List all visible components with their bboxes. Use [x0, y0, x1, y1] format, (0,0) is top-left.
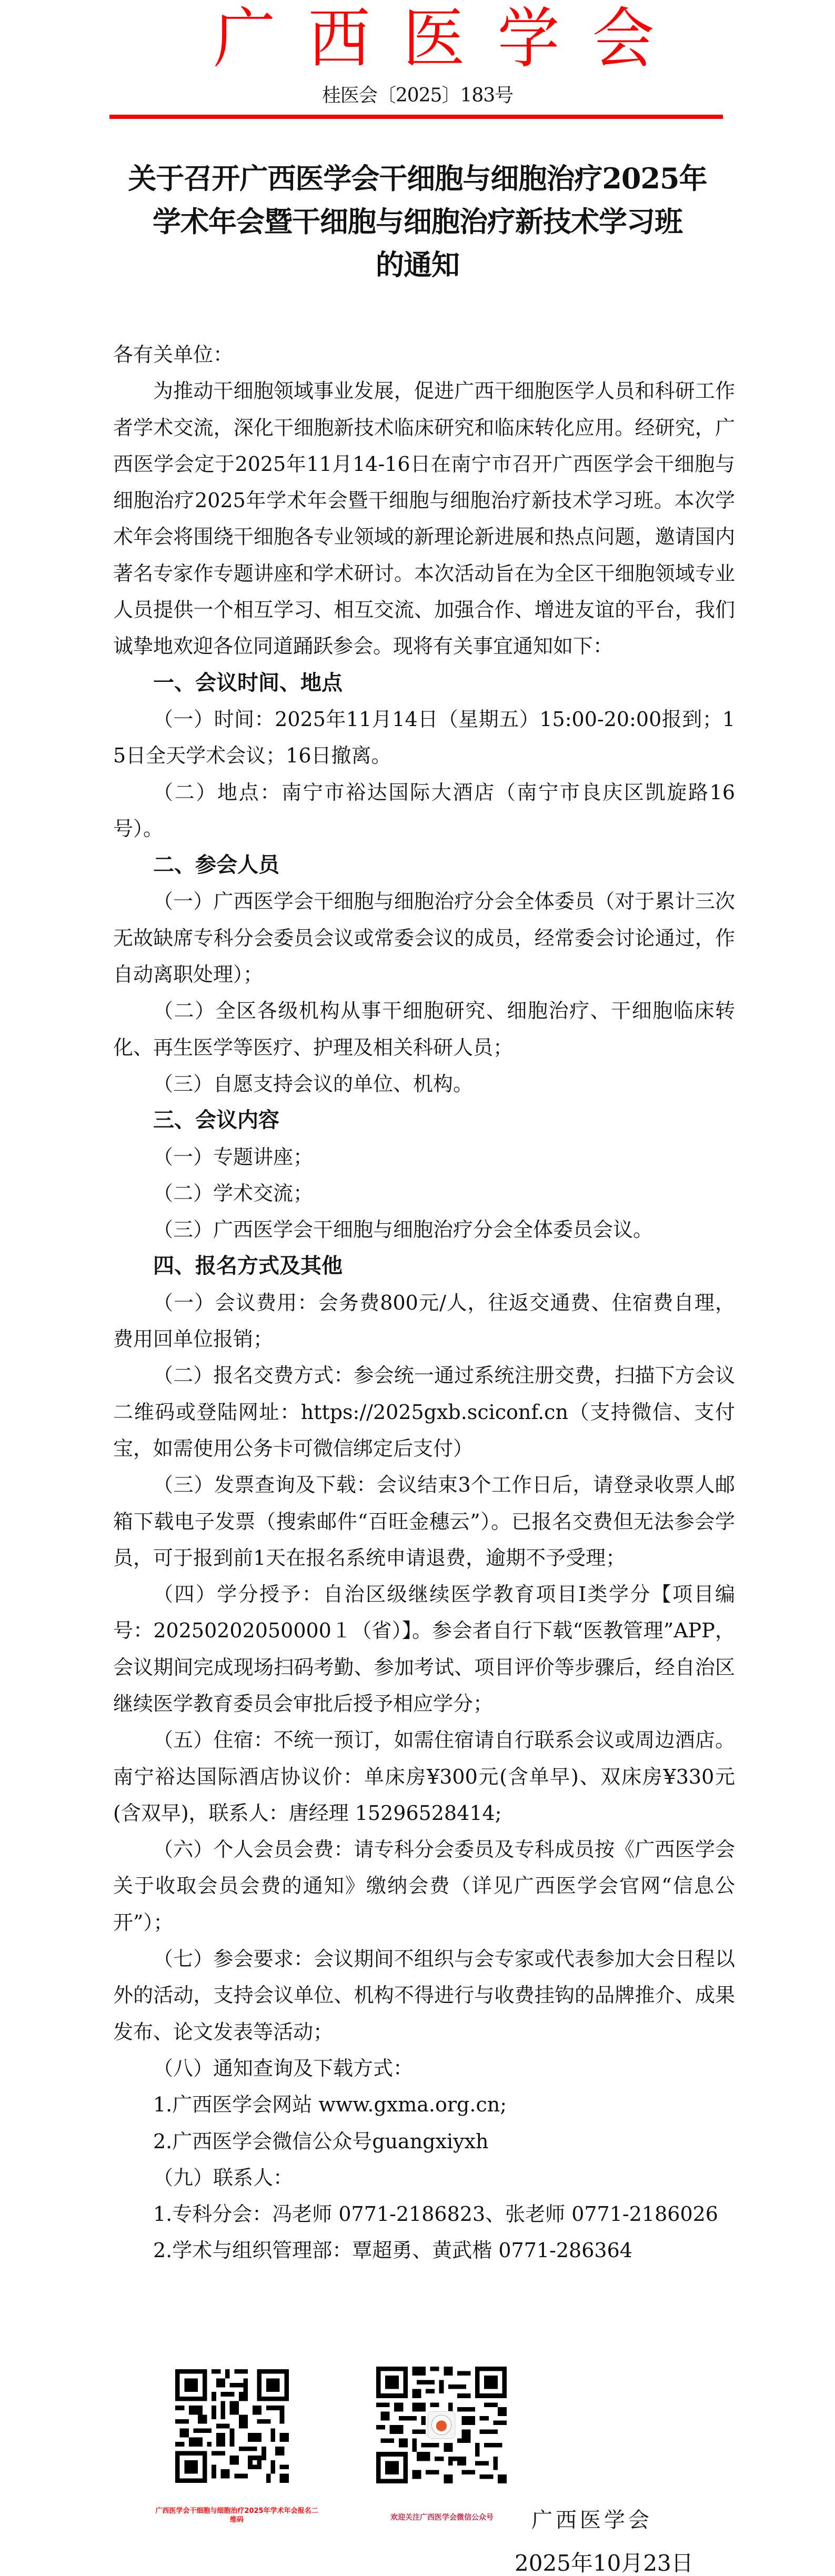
title-line-2: 学术年会暨干细胞与细胞治疗新技术学习班: [105, 200, 730, 243]
contact-line-1: 1.专科分会：冯老师 0771-2186823、张老师 0771-2186026: [113, 2196, 735, 2232]
qr-code-icon: [376, 2367, 507, 2483]
masthead-org-name: 广西医学会: [0, 3, 835, 75]
intro-paragraph: 为推动干细胞领域事业发展，促进广西干细胞医学人员和科研工作者学术交流，深化干细胞…: [113, 373, 735, 665]
section-4-item-registration: （二）报名交费方式：参会统一通过系统注册交费，扫描下方会议二维码或登陆网址：ht…: [113, 1357, 735, 1467]
section-2-item-2: （二）全区各级机构从事干细胞研究、细胞治疗、干细胞临床转化、再生医学等医疗、护理…: [113, 993, 735, 1066]
section-2-item-3: （三）自愿支持会议的单位、机构。: [113, 1066, 735, 1102]
contacts-label: （九）联系人：: [113, 2160, 735, 2196]
section-4-item-credits: （四）学分授予：自治区级继续医学教育项目I类学分【项目编号：2025020205…: [113, 1576, 735, 1722]
wechat-official-account-qr-code[interactable]: [376, 2367, 507, 2483]
download-wechat: 2.广西医学会微信公众号guangxiyxh: [113, 2124, 735, 2160]
section-2-item-1: （一）广西医学会干细胞与细胞治疗分会全体委员（对于累计三次无故缺席专科分会委员会…: [113, 883, 735, 993]
red-divider-rule: [109, 115, 723, 119]
section-4-item-accommodation: （五）住宿：不统一预订，如需住宿请自行联系会议或周边酒店。南宁裕达国际酒店协议价…: [113, 1722, 735, 1832]
section-3-item-1: （一）专题讲座；: [113, 1139, 735, 1175]
title-line-1: 关于召开广西医学会干细胞与细胞治疗2025年: [105, 157, 730, 200]
section-heading-3: 三、会议内容: [113, 1102, 735, 1139]
section-4-item-membership-fee: （六）个人会员会费：请专科分会委员及专科成员按《广西医学会关于收取会员会费的通知…: [113, 1832, 735, 1941]
section-heading-2: 二、参会人员: [113, 847, 735, 883]
section-4-item-invoice: （三）发票查询及下载：会议结束3个工作日后，请登录收票人邮箱下载电子发票（搜索邮…: [113, 1467, 735, 1576]
registration-qr-caption: 广西医学会干细胞与细胞治疗2025年学术年会报名二维码: [153, 2507, 321, 2524]
document-number: 桂医会〔2025〕183号: [0, 84, 835, 107]
registration-qr-code[interactable]: [175, 2369, 289, 2483]
document-title: 关于召开广西医学会干细胞与细胞治疗2025年 学术年会暨干细胞与细胞治疗新技术学…: [105, 157, 730, 286]
title-line-3: 的通知: [105, 243, 730, 286]
signature-date: 2025年10月23日: [515, 2550, 693, 2576]
section-1-item-1: （一）时间：2025年11月14日（星期五）15:00-20:00报到；15日全…: [113, 701, 735, 774]
section-heading-4: 四、报名方式及其他: [113, 1248, 735, 1284]
section-4-item-requirements: （七）参会要求：会议期间不组织与会专家或代表参加大会日程以外的活动，支持会议单位…: [113, 1941, 735, 2050]
section-3-item-3: （三）广西医学会干细胞与细胞治疗分会全体委员会议。: [113, 1212, 735, 1248]
download-label: （八）通知查询及下载方式：: [113, 2050, 735, 2087]
contact-line-2: 2.学术与组织管理部：覃超勇、黄武楷 0771-286364: [113, 2232, 735, 2269]
section-1-item-2: （二）地点：南宁市裕达国际大酒店（南宁市良庆区凯旋路16号）。: [113, 774, 735, 848]
salutation: 各有关单位：: [113, 337, 735, 373]
document-body: 各有关单位： 为推动干细胞领域事业发展，促进广西干细胞医学人员和科研工作者学术交…: [113, 337, 735, 2269]
signature-organization: 广西医学会: [531, 2508, 652, 2533]
wechat-qr-caption: 欢迎关注广西医学会微信公众号: [358, 2513, 526, 2522]
section-3-item-2: （二）学术交流；: [113, 1175, 735, 1212]
section-heading-1: 一、会议时间、地点: [113, 665, 735, 701]
qr-code-icon: [175, 2369, 289, 2483]
section-4-item-fees: （一）会议费用：会务费800元/人，往返交通费、住宿费自理，费用回单位报销；: [113, 1285, 735, 1358]
download-website[interactable]: 1.广西医学会网站 www.gxma.org.cn;: [113, 2087, 735, 2123]
